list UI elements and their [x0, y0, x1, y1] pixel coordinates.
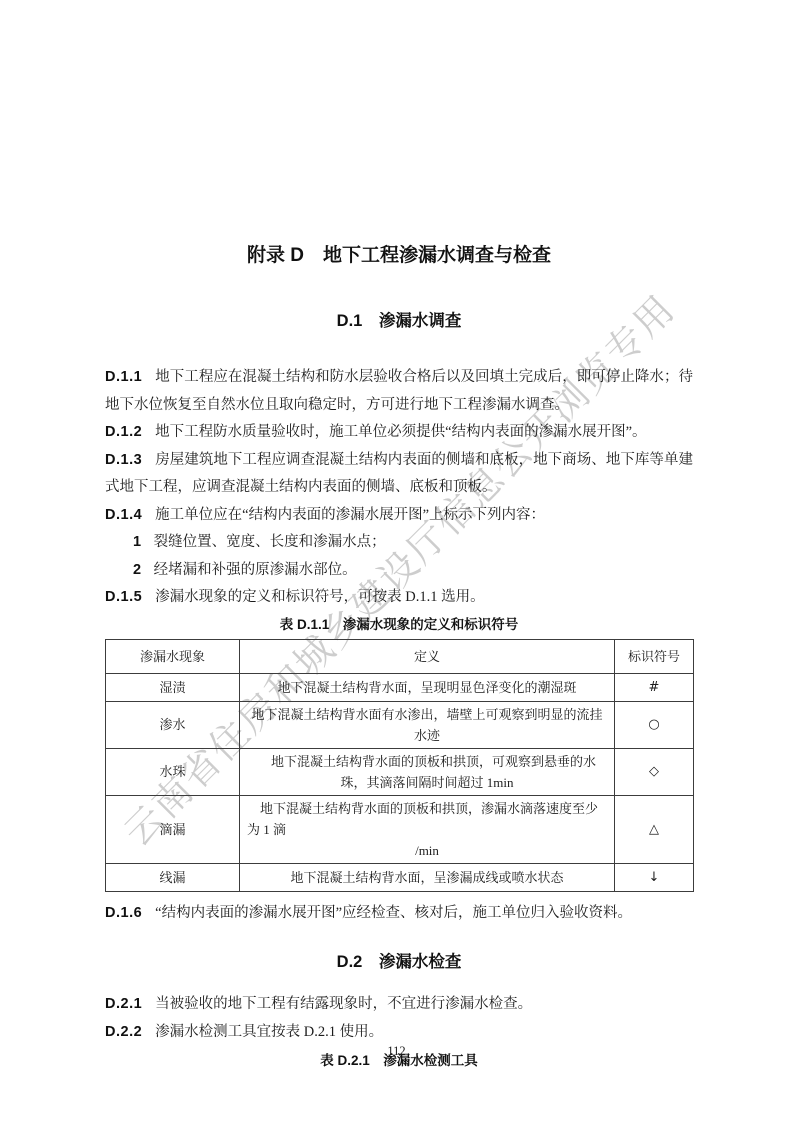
phenomenon-cell: 滴漏	[106, 795, 240, 863]
table-header-row: 渗漏水现象 定义 标识符号	[106, 639, 694, 673]
table-d11-caption: 表 D.1.1 渗漏水现象的定义和标识符号	[105, 616, 693, 633]
definition-cell: 地下混凝土结构背水面的顶板和拱顶，渗漏水滴落速度至少为 1 滴 /min	[240, 795, 615, 863]
d14-item-2: 2经堵漏和补强的原渗漏水部位。	[105, 557, 693, 585]
symbol-cell: #	[615, 673, 694, 701]
symbol-cell: ◇	[615, 748, 694, 795]
clause-text: 渗漏水现象的定义和标识符号，可按表 D.1.1 选用。	[155, 589, 484, 605]
definition-cell: 地下混凝土结构背水面，呈现明显色泽变化的潮湿斑	[240, 673, 615, 701]
clause-text: 地下工程防水质量验收时，施工单位必须提供“结构内表面的渗漏水展开图”。	[155, 424, 646, 440]
clause-d21: D.2.1当被验收的地下工程有结露现象时，不宜进行渗漏水检查。	[105, 991, 693, 1019]
phenomenon-cell: 线漏	[106, 863, 240, 891]
clause-number: D.1.6	[105, 905, 142, 921]
item-text: 经堵漏和补强的原渗漏水部位。	[154, 562, 357, 578]
header-definition: 定义	[240, 639, 615, 673]
clause-text: “结构内表面的渗漏水展开图”应经检查、核对后，施工单位归入验收资料。	[155, 905, 632, 921]
clause-number: D.1.1	[105, 369, 142, 385]
clause-d13: D.1.3房屋建筑地下工程应调查混凝土结构内表面的侧墙和底板，地下商场、地下库等…	[105, 447, 693, 502]
appendix-title: 附录 D 地下工程渗漏水调查与检查	[105, 244, 693, 268]
section-heading-d2: D.2 渗漏水检查	[105, 951, 693, 973]
header-phenomenon: 渗漏水现象	[106, 639, 240, 673]
clause-number: D.1.4	[105, 507, 142, 523]
section-heading-d1: D.1 渗漏水调查	[105, 310, 693, 332]
clause-text: 渗漏水检测工具宜按表 D.2.1 使用。	[155, 1024, 383, 1040]
table-row-dilou: 滴漏 地下混凝土结构背水面的顶板和拱顶，渗漏水滴落速度至少为 1 滴 /min …	[106, 795, 694, 863]
clause-number: D.1.3	[105, 452, 142, 468]
table-row-shuizhu: 水珠 地下混凝土结构背水面的顶板和拱顶，可观察到悬垂的水珠，其滴落间隔时间超过 …	[106, 748, 694, 795]
item-number: 2	[133, 562, 142, 578]
clause-text: 地下工程应在混凝土结构和防水层验收合格后以及回填土完成后，即可停止降水；待地下水…	[105, 369, 693, 413]
clause-text: 房屋建筑地下工程应调查混凝土结构内表面的侧墙和底板，地下商场、地下库等单建式地下…	[105, 452, 693, 496]
clause-number: D.2.1	[105, 996, 142, 1012]
definition-line-2: /min	[247, 840, 607, 861]
definition-line-1: 地下混凝土结构背水面的顶板和拱顶，渗漏水滴落速度至少为 1 滴	[247, 798, 607, 840]
page-number: 112	[0, 1044, 793, 1059]
document-page: 云南省住房和城乡建设厅信息公开浏览专用 附录 D 地下工程渗漏水调查与检查 D.…	[0, 0, 793, 1122]
symbol-cell: ↓	[615, 863, 694, 891]
clause-d14: D.1.4施工单位应在“结构内表面的渗漏水展开图”上标示下列内容：	[105, 502, 693, 530]
clause-text: 当被验收的地下工程有结露现象时，不宜进行渗漏水检查。	[155, 996, 532, 1012]
clause-d16: D.1.6“结构内表面的渗漏水展开图”应经检查、核对后，施工单位归入验收资料。	[105, 900, 693, 928]
definition-cell: 地下混凝土结构背水面，呈渗漏成线或喷水状态	[240, 863, 615, 891]
d14-item-1: 1裂缝位置、宽度、长度和渗漏水点；	[105, 529, 693, 557]
table-d11: 渗漏水现象 定义 标识符号 湿渍 地下混凝土结构背水面，呈现明显色泽变化的潮湿斑…	[105, 639, 694, 892]
symbol-cell: ○	[615, 701, 694, 748]
phenomenon-cell: 渗水	[106, 701, 240, 748]
phenomenon-cell: 水珠	[106, 748, 240, 795]
clause-d12: D.1.2地下工程防水质量验收时，施工单位必须提供“结构内表面的渗漏水展开图”。	[105, 419, 693, 447]
d1-clauses: D.1.1地下工程应在混凝土结构和防水层验收合格后以及回填土完成后，即可停止降水…	[105, 364, 693, 612]
definition-cell: 地下混凝土结构背水面有水渗出，墙壁上可观察到明显的流挂水迹	[240, 701, 615, 748]
clause-d15: D.1.5渗漏水现象的定义和标识符号，可按表 D.1.1 选用。	[105, 584, 693, 612]
item-number: 1	[133, 534, 142, 550]
header-symbol: 标识符号	[615, 639, 694, 673]
symbol-cell: △	[615, 795, 694, 863]
clause-number: D.2.2	[105, 1024, 142, 1040]
table-row-shenshui: 渗水 地下混凝土结构背水面有水渗出，墙壁上可观察到明显的流挂水迹 ○	[106, 701, 694, 748]
item-text: 裂缝位置、宽度、长度和渗漏水点；	[154, 534, 386, 550]
table-row-shizi: 湿渍 地下混凝土结构背水面，呈现明显色泽变化的潮湿斑 #	[106, 673, 694, 701]
clause-text: 施工单位应在“结构内表面的渗漏水展开图”上标示下列内容：	[155, 507, 545, 523]
d2-clauses: D.2.1当被验收的地下工程有结露现象时，不宜进行渗漏水检查。 D.2.2渗漏水…	[105, 991, 693, 1046]
table-row-xianlou: 线漏 地下混凝土结构背水面，呈渗漏成线或喷水状态 ↓	[106, 863, 694, 891]
clause-d11: D.1.1地下工程应在混凝土结构和防水层验收合格后以及回填土完成后，即可停止降水…	[105, 364, 693, 419]
phenomenon-cell: 湿渍	[106, 673, 240, 701]
page-content: 附录 D 地下工程渗漏水调查与检查 D.1 渗漏水调查 D.1.1地下工程应在混…	[105, 0, 693, 1069]
definition-cell: 地下混凝土结构背水面的顶板和拱顶，可观察到悬垂的水珠，其滴落间隔时间超过 1mi…	[240, 748, 615, 795]
clause-number: D.1.2	[105, 424, 142, 440]
clause-number: D.1.5	[105, 589, 142, 605]
clause-d22: D.2.2渗漏水检测工具宜按表 D.2.1 使用。	[105, 1019, 693, 1047]
